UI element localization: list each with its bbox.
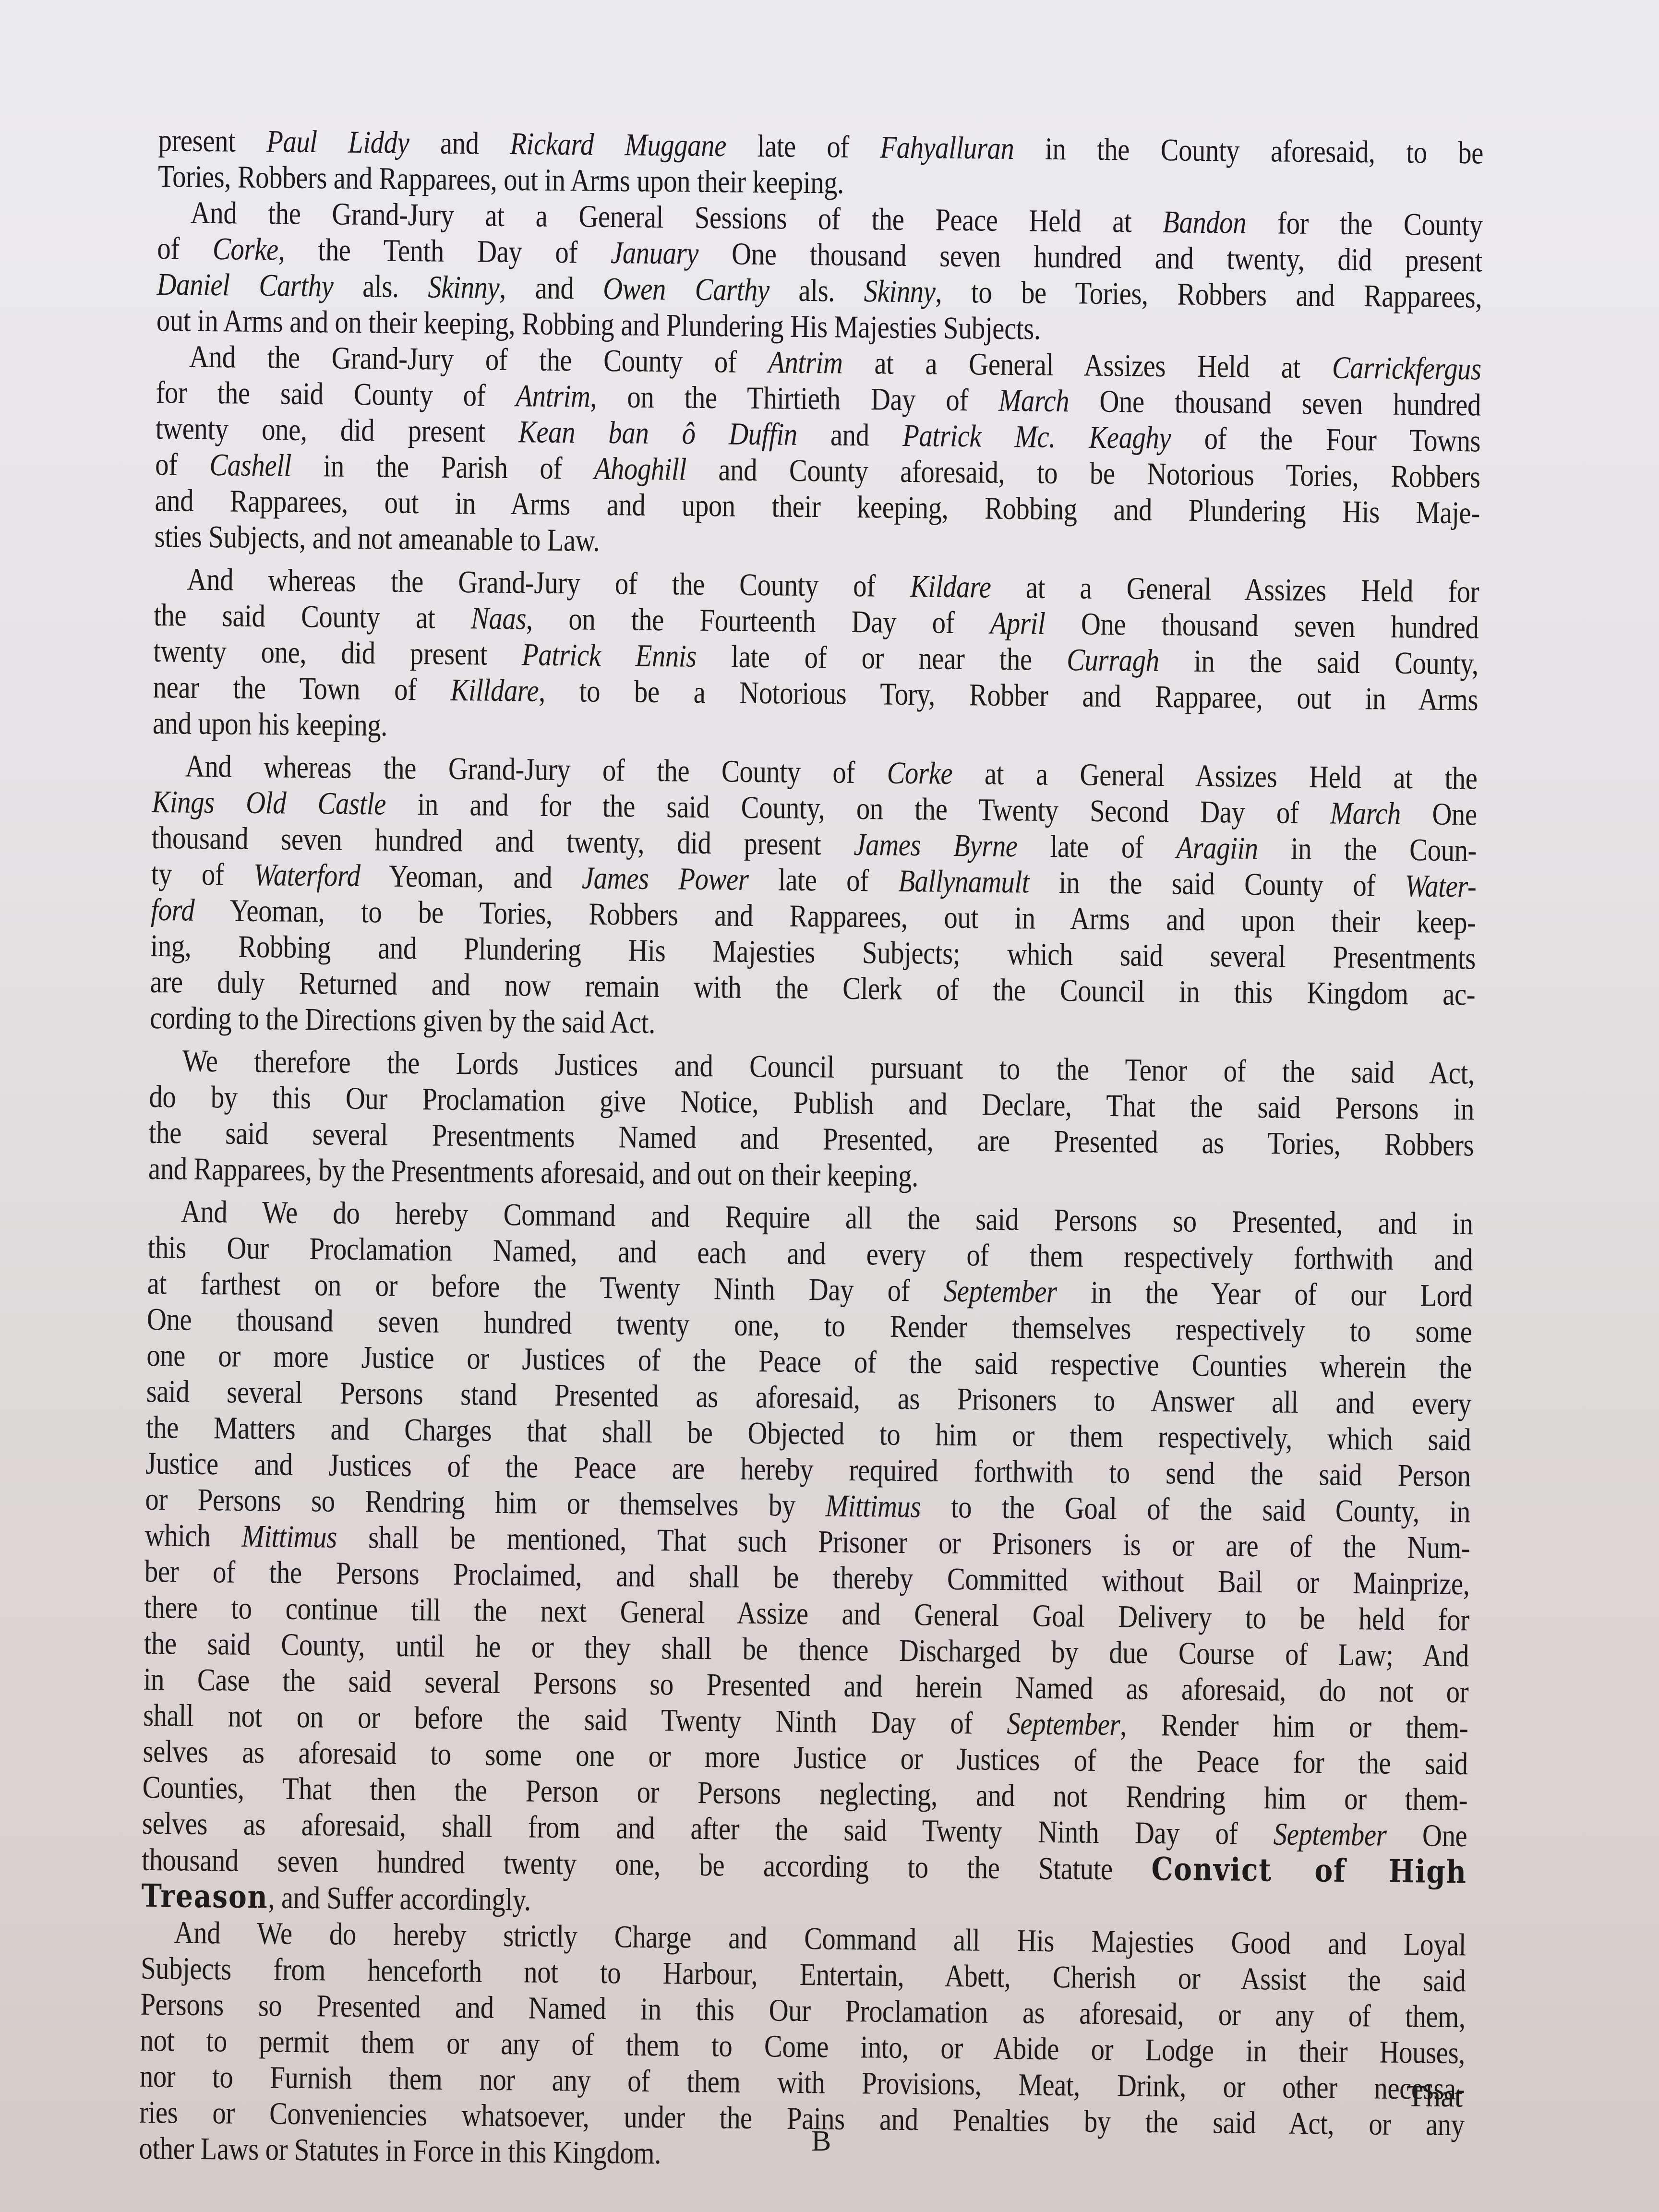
- text-run: in the Coun-: [1258, 831, 1477, 868]
- text-run: One: [1401, 796, 1477, 832]
- italic-name: March: [998, 383, 1070, 419]
- text-run: One: [1386, 1818, 1467, 1854]
- text-run: sties Subjects, and not ameanable to Law…: [154, 519, 600, 558]
- text-run: of the Four Towns: [1171, 421, 1481, 458]
- text-run: in the said County,: [1159, 643, 1479, 681]
- text-run: of: [155, 447, 210, 482]
- text-run: late of: [748, 862, 899, 899]
- italic-name: James Power: [582, 861, 749, 897]
- paragraph: We therefore the Lords Justices and Coun…: [148, 1043, 1475, 1199]
- italic-name: Patrick Mc. Keaghy: [902, 418, 1171, 456]
- text-run: for the County: [1246, 205, 1483, 243]
- italic-name: April: [990, 606, 1045, 641]
- text-run: present: [158, 123, 266, 159]
- text-run: late of: [1017, 829, 1177, 865]
- text-run: at a General Assizes Held for: [991, 570, 1479, 610]
- blackletter-text: Convict of High: [1151, 1850, 1467, 1890]
- text-run: , Render him or them-: [1120, 1707, 1468, 1745]
- paragraph: And whereas the Grand-Jury of the County…: [150, 748, 1478, 1048]
- italic-name: Ahoghill: [594, 451, 686, 487]
- italic-name: Kildare: [910, 569, 991, 605]
- italic-name: Water-: [1405, 868, 1476, 904]
- italic-name: Curragh: [1067, 642, 1159, 678]
- text-run: And whereas the Grand-Jury of the County…: [185, 749, 887, 791]
- text-run: ty of: [151, 856, 254, 892]
- text-run: at a General Assizes Held at the: [952, 756, 1478, 796]
- italic-name: March: [1330, 795, 1401, 831]
- paragraph: And the Grand-Jury of the County of Antr…: [154, 338, 1481, 567]
- italic-name: Cashell: [209, 447, 291, 483]
- text-run: and: [797, 417, 902, 453]
- italic-name: Mittimus: [825, 1488, 921, 1524]
- italic-name: Fahyalluran: [880, 130, 1014, 166]
- italic-name: Owen Carthy: [603, 271, 769, 308]
- italic-name: September: [943, 1274, 1057, 1310]
- text-run: cording to the Directions given by the s…: [150, 1000, 655, 1040]
- text-run: , and: [499, 270, 603, 306]
- italic-name: Paul Liddy: [266, 124, 409, 160]
- italic-name: Waterford: [253, 857, 361, 893]
- blackletter-text: Treason: [141, 1877, 268, 1916]
- paragraph: present Paul Liddy and Rickard Muggane l…: [158, 122, 1483, 207]
- document-page: present Paul Liddy and Rickard Muggane l…: [139, 122, 1483, 2179]
- text-run: , to be Tories, Robbers and Rapparees,: [935, 275, 1482, 315]
- text-run: als.: [333, 269, 428, 305]
- paragraph: And We do hereby Command and Require all…: [141, 1193, 1473, 1927]
- text-run: in the Year of our Lord: [1057, 1274, 1472, 1313]
- italic-name: Mittimus: [241, 1519, 337, 1555]
- text-run: And the Grand-Jury of the County of: [189, 339, 769, 380]
- text-run: late of: [726, 128, 880, 165]
- italic-name: Kings Old Castle: [152, 784, 386, 822]
- italic-name: ford: [151, 892, 194, 928]
- italic-name: September: [1007, 1706, 1120, 1742]
- italic-name: Patrick Ennis: [522, 637, 697, 673]
- italic-name: Aragiin: [1176, 830, 1258, 866]
- italic-name: Carrickfergus: [1332, 350, 1481, 386]
- text-run: and Rapparees, by the Presentments afore…: [148, 1151, 919, 1193]
- text-run: One thousand seven hundred: [1069, 384, 1481, 422]
- text-run: near the Town of: [153, 670, 450, 708]
- italic-name: Corke: [213, 231, 278, 267]
- text-run: at a General Assizes Held at: [842, 346, 1332, 385]
- text-run: twenty one, did present: [156, 411, 519, 449]
- text-run: , the Tenth Day of: [278, 232, 611, 270]
- text-run: als.: [769, 273, 864, 309]
- text-run: and upon his keeping.: [153, 706, 388, 743]
- italic-name: January: [611, 235, 699, 271]
- text-run: to the Goal of the said County, in: [921, 1489, 1470, 1529]
- italic-name: James Byrne: [854, 827, 1018, 864]
- italic-name: Antrim: [516, 378, 590, 414]
- text-run: And whereas the Grand-Jury of the County…: [187, 562, 910, 604]
- text-run: other Laws or Statutes in Force in this …: [139, 2131, 661, 2171]
- italic-name: Naas: [471, 601, 527, 636]
- italic-name: Rickard Muggane: [510, 126, 726, 163]
- italic-name: Corke: [887, 756, 952, 791]
- italic-name: Skinny: [428, 269, 499, 305]
- text-run: in the said County of: [1029, 865, 1405, 903]
- catchword: That: [1407, 2078, 1463, 2114]
- text-run: thousand seven hundred and twenty, did p…: [151, 820, 854, 862]
- text-run: or Persons so Rendring him or themselves…: [145, 1482, 826, 1524]
- italic-name: Kean ban ô Duffin: [518, 414, 797, 452]
- text-run: in the County aforesaid, to be: [1014, 131, 1483, 170]
- text-run: and: [409, 125, 510, 161]
- italic-name: Ballynamult: [898, 864, 1029, 900]
- italic-name: Skinny: [864, 274, 935, 309]
- italic-name: Daniel Carthy: [156, 267, 333, 304]
- text-run: the said County at: [154, 598, 471, 636]
- text-run: late of or near the: [697, 639, 1067, 677]
- paragraph: And the Grand-Jury at a General Sessions…: [156, 194, 1483, 351]
- signature-mark: B: [811, 2124, 831, 2158]
- paragraph: And We do hereby strictly Charge and Com…: [139, 1914, 1466, 2179]
- text-run: which: [144, 1518, 241, 1554]
- text-run: Tories, Robbers and Rapparees, out in Ar…: [158, 159, 844, 201]
- text-run: , on the Fourteenth Day of: [526, 601, 990, 640]
- text-run: of: [157, 231, 213, 266]
- paragraph: And whereas the Grand-Jury of the County…: [153, 561, 1479, 754]
- italic-name: Antrim: [768, 345, 843, 380]
- italic-name: Killdare: [450, 673, 539, 709]
- italic-name: Bandon: [1163, 204, 1247, 240]
- text-run: One thousand seven hundred: [1045, 606, 1479, 646]
- text-run: twenty one, did present: [153, 634, 522, 672]
- text-run: in the Parish of: [291, 448, 594, 486]
- text-run: Yeoman, and: [360, 858, 582, 895]
- text-run: for the said County of: [156, 375, 516, 413]
- text-run: , on the Thirtieth Day of: [590, 379, 998, 418]
- text-run: , and Suffer accordingly.: [268, 1880, 531, 1917]
- italic-name: September: [1273, 1816, 1386, 1852]
